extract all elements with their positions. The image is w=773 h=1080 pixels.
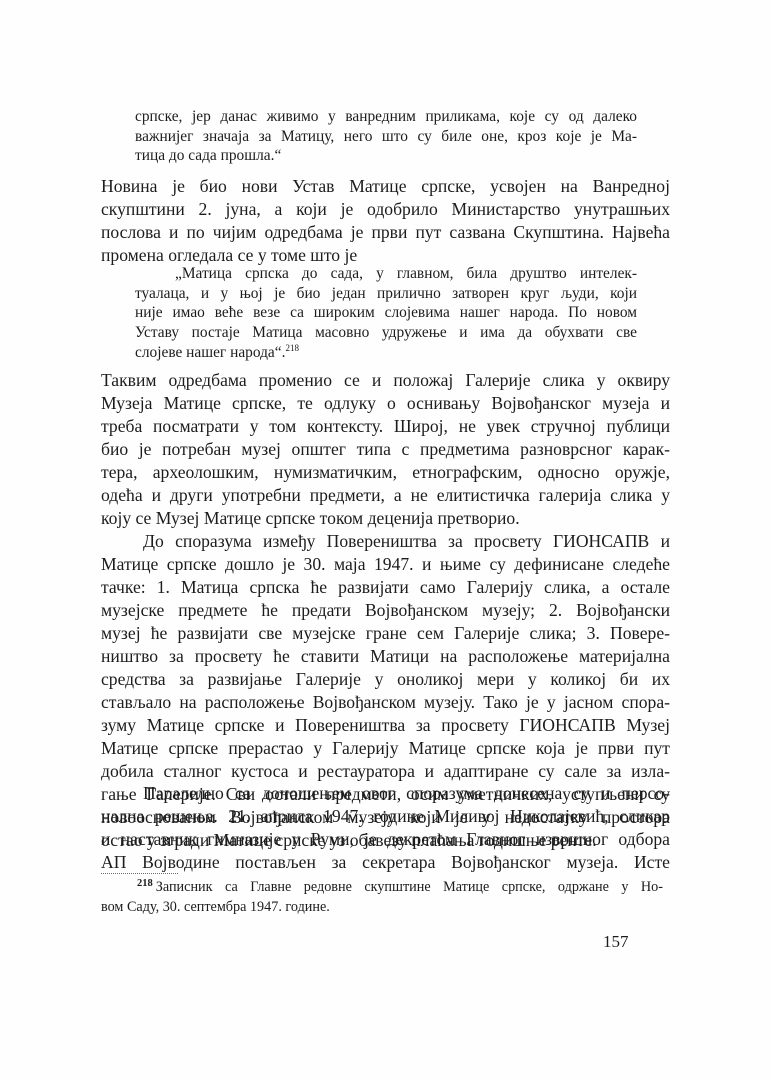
paragraph-line: Матице српске дошло је 30. маја 1947. и …: [101, 553, 670, 576]
paragraph-line: Таквим одредбама променио се и положај Г…: [101, 369, 670, 392]
paragraph-line: Музеја Матице српске, те одлуку о оснива…: [101, 392, 670, 415]
page-number: 157: [603, 932, 629, 952]
footnote-line: 218Записник са Главне редовне скупштине …: [101, 877, 663, 897]
paragraph-line: треба посматрати у том контексту. Широј,…: [101, 415, 670, 438]
block-quote: „Матица српска до сада, у главном, била …: [135, 264, 637, 362]
paragraph-line: послова и по чијим одредбама је први пут…: [101, 221, 670, 244]
footnote-separator: [101, 873, 178, 874]
quote-line-text: слојеве нашег народа“.: [135, 344, 285, 361]
quote-line: туалаца, и у њој је био један прилично з…: [135, 284, 637, 304]
paragraph-line: музејске предмете ће предати Војвођанско…: [101, 599, 670, 622]
paragraph-line: зуму Матице српске и Повереништва за про…: [101, 714, 670, 737]
paragraph-line: средства за развијање Галерије у онолико…: [101, 668, 670, 691]
paragraph-line: одећа и други употребни предмети, а не е…: [101, 484, 670, 507]
footnote-text: Записник са Главне редовне скупштине Мат…: [156, 879, 663, 895]
paragraph-line: и наставник гимназије у Руми, је декрето…: [101, 828, 670, 851]
quote-continuation: српске, јер данас живимо у ванредним при…: [135, 107, 637, 166]
paragraph: Таквим одредбама променио се и положај Г…: [101, 369, 670, 530]
paragraph-line: Новина је био нови Устав Матице српске, …: [101, 175, 670, 198]
paragraph-line: АП Војводине постављен за секретара Војв…: [101, 851, 670, 874]
paragraph-line: коју се Музеј Матице српске током децени…: [101, 507, 670, 530]
paragraph-line: тачке: 1. Матица српска ће развијати сам…: [101, 576, 670, 599]
paragraph: Новина је био нови Устав Матице српске, …: [101, 175, 670, 267]
footnote: 218Записник са Главне редовне скупштине …: [101, 877, 663, 917]
quote-line: тица до сада прошла.“: [135, 146, 637, 166]
book-page: српске, јер данас живимо у ванредним при…: [0, 0, 773, 1080]
quote-line: српске, јер данас живимо у ванредним при…: [135, 107, 637, 127]
quote-line: слојеве нашег народа“.218: [135, 343, 637, 363]
paragraph-line: До споразума између Повереништва за прос…: [101, 530, 670, 553]
quote-line: није имао веће везе са широким слојевима…: [135, 303, 637, 323]
paragraph-line: музеј ће развијати све музејске гране се…: [101, 622, 670, 645]
paragraph-line: нална решења. 21. априла 1947. године Ми…: [101, 805, 670, 828]
paragraph-line: тера, археолошким, нумизматичким, етногр…: [101, 461, 670, 484]
paragraph-line: Матице српске прерастао у Галерију Матиц…: [101, 737, 670, 760]
footnote-line: вом Саду, 30. септембра 1947. године.: [101, 897, 663, 917]
paragraph: Паралелно са доношењем овог споразума до…: [101, 782, 670, 874]
footnote-number: 218: [137, 878, 153, 889]
footnote-reference[interactable]: 218: [285, 343, 299, 353]
paragraph-line: добила сталног кустоса и рестауратора и …: [101, 760, 670, 783]
paragraph-line: Паралелно са доношењем овог споразума до…: [101, 782, 670, 805]
quote-line: „Матица српска до сада, у главном, била …: [135, 264, 637, 284]
paragraph-line: стављало на расположење Војвођанском муз…: [101, 691, 670, 714]
quote-line: важнијег значаја за Матицу, него што су …: [135, 127, 637, 147]
paragraph-line: био је потребан музеј општег типа с пред…: [101, 438, 670, 461]
paragraph-line: скупштини 2. јуна, а који је одобрило Ми…: [101, 198, 670, 221]
paragraph-line: ништво за просвету ће ставити Матици на …: [101, 645, 670, 668]
quote-line: Уставу постаје Матица масовно удружење и…: [135, 323, 637, 343]
